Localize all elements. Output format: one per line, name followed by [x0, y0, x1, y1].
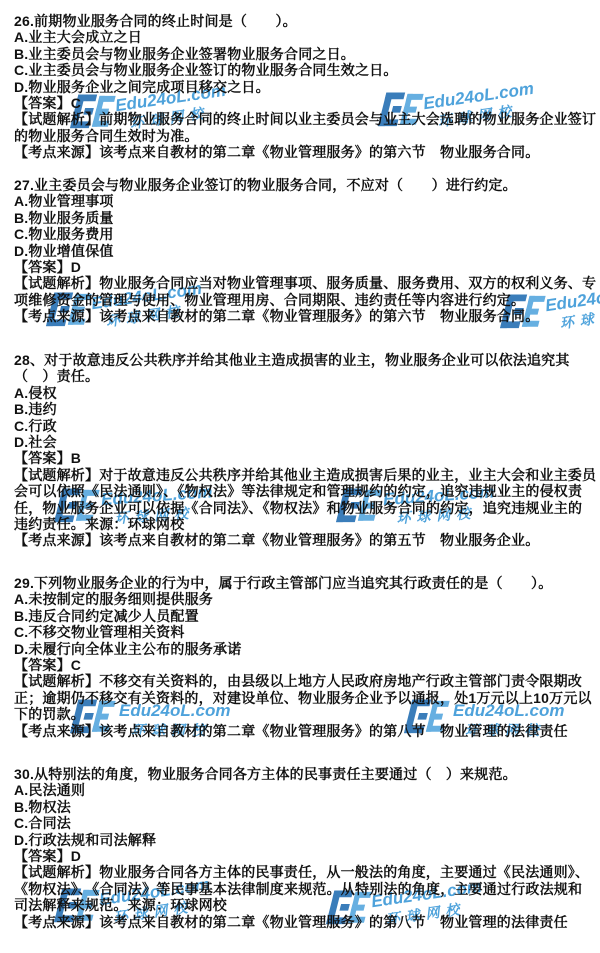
question-27-analysis-line: 项维修资金的管理与使用、物业管理用房、合同期限、违约责任等内容进行约定。	[14, 292, 594, 308]
question-29-analysis-line: 【试题解析】不移交有关资料的，由县级以上地方人民政府房地产行政主管部门责令限期改	[14, 673, 594, 689]
question-27-answer: 【答案】D	[14, 259, 594, 275]
question-26-option-C: C.业主委员会与物业服务企业签订的物业服务合同生效之日。	[14, 62, 594, 78]
question-29-option-D: D.未履行向全体业主公布的服务承诺	[14, 641, 594, 657]
question-30-option-D: D.行政法规和司法解释	[14, 832, 594, 848]
question-block-30: 30.从特别法的角度，物业服务合同各方主体的民事责任主要通过（ ）来规范。A.民…	[14, 766, 594, 930]
question-29-analysis-line: 正；逾期仍不移交有关资料的，对建设单位、物业服务企业予以通报，处1万元以上10万…	[14, 690, 594, 706]
question-28-analysis-line: 会可以依照《民法通则》、《物权法》等法律规定和管理规约的约定，追究违规业主的侵权…	[14, 483, 594, 499]
question-28-option-B: B.违约	[14, 401, 594, 417]
question-26-option-B: B.业主委员会与物业服务企业签署物业服务合同之日。	[14, 46, 594, 62]
question-30-analysis-line: 《物权法》、《合同法》等民事基本法律制度来规范。从特别法的角度，主要通过行政法规…	[14, 881, 594, 897]
question-30-option-C: C.合同法	[14, 815, 594, 831]
question-28-analysis-line: 任，物业服务企业可以依据《合同法》、《物权法》和物业服务合同的约定，追究违规业主…	[14, 500, 594, 516]
question-30-source: 【考点来源】该考点来自教材的第二章《物业管理服务》的第八节 物业管理的法律责任	[14, 914, 594, 930]
question-block-29: 29.下列物业服务企业的行为中，属于行政主管部门应当追究其行政责任的是（ ）。A…	[14, 575, 594, 739]
question-30-analysis-line: 司法解释来规范。来源：环球网校	[14, 897, 594, 913]
question-27-option-A: A.物业管理事项	[14, 193, 594, 209]
question-26-analysis-line: 的物业服务合同生效时为准。	[14, 128, 594, 144]
question-27-stem-line: 27.业主委员会与物业服务企业签订的物业服务合同，不应对（ ）进行约定。	[14, 177, 594, 193]
question-30-option-A: A.民法通则	[14, 782, 594, 798]
question-29-analysis-line: 下的罚款。	[14, 706, 594, 722]
question-27-option-B: B.物业服务质量	[14, 210, 594, 226]
question-29-stem-line: 29.下列物业服务企业的行为中，属于行政主管部门应当追究其行政责任的是（ ）。	[14, 575, 594, 591]
question-28-option-D: D.社会	[14, 434, 594, 450]
question-28-stem-line: （ ）责任。	[14, 368, 594, 384]
question-28-source: 【考点来源】该考点来自教材的第二章《物业管理服务》的第五节 物业服务企业。	[14, 532, 594, 548]
question-26-option-D: D.物业服务企业之间完成项目移交之日。	[14, 79, 594, 95]
question-block-27: 27.业主委员会与物业服务企业签订的物业服务合同，不应对（ ）进行约定。A.物业…	[14, 177, 594, 325]
question-28-analysis-line: 违约责任。来源：环球网校	[14, 516, 594, 532]
question-26-analysis-line: 【试题解析】前期物业服务合同的终止时间以业主委员会与业主大会选聘的物业服务企业签…	[14, 111, 594, 127]
question-block-28: 28、对于故意违反公共秩序并给其他业主造成损害的业主，物业服务企业可以依法追究其…	[14, 352, 594, 549]
question-29-option-C: C.不移交物业管理相关资料	[14, 624, 594, 640]
question-27-analysis-line: 【试题解析】物业服务合同应当对物业管理事项、服务质量、服务费用、双方的权利义务、…	[14, 275, 594, 291]
question-29-answer: 【答案】C	[14, 657, 594, 673]
question-28-stem-line: 28、对于故意违反公共秩序并给其他业主造成损害的业主，物业服务企业可以依法追究其	[14, 352, 594, 368]
question-30-option-B: B.物权法	[14, 799, 594, 815]
question-29-option-B: B.违反合同约定减少人员配置	[14, 608, 594, 624]
question-30-answer: 【答案】D	[14, 848, 594, 864]
document-page: Edu24oL.com环球网校 Edu24oL.com环球网校 Edu24oL.…	[0, 0, 600, 953]
question-26-answer: 【答案】C	[14, 95, 594, 111]
question-27-option-C: C.物业服务费用	[14, 226, 594, 242]
question-29-source: 【考点来源】该考点来自教材的第二章《物业管理服务》的第八节 物业管理的法律责任	[14, 723, 594, 739]
question-28-analysis-line: 【试题解析】对于故意违反公共秩序并给其他业主造成损害后果的业主，业主大会和业主委…	[14, 467, 594, 483]
question-26-stem-line: 26.前期物业服务合同的终止时间是（ ）。	[14, 13, 594, 29]
question-30-stem-line: 30.从特别法的角度，物业服务合同各方主体的民事责任主要通过（ ）来规范。	[14, 766, 594, 782]
question-30-analysis-line: 【试题解析】物业服务合同各方主体的民事责任，从一般法的角度，主要通过《民法通则》…	[14, 864, 594, 880]
question-block-26: 26.前期物业服务合同的终止时间是（ ）。A.业主大会成立之日B.业主委员会与物…	[14, 13, 594, 161]
question-29-option-A: A.未按制定的服务细则提供服务	[14, 591, 594, 607]
exam-questions-content: 26.前期物业服务合同的终止时间是（ ）。A.业主大会成立之日B.业主委员会与物…	[0, 0, 600, 953]
question-28-option-A: A.侵权	[14, 385, 594, 401]
question-28-answer: 【答案】B	[14, 450, 594, 466]
question-26-source: 【考点来源】该考点来自教材的第二章《物业管理服务》的第六节 物业服务合同。	[14, 144, 594, 160]
question-28-option-C: C.行政	[14, 418, 594, 434]
question-26-option-A: A.业主大会成立之日	[14, 29, 594, 45]
question-27-option-D: D.物业增值保值	[14, 243, 594, 259]
question-27-source: 【考点来源】该考点来自教材的第二章《物业管理服务》的第六节 物业服务合同。	[14, 308, 594, 324]
